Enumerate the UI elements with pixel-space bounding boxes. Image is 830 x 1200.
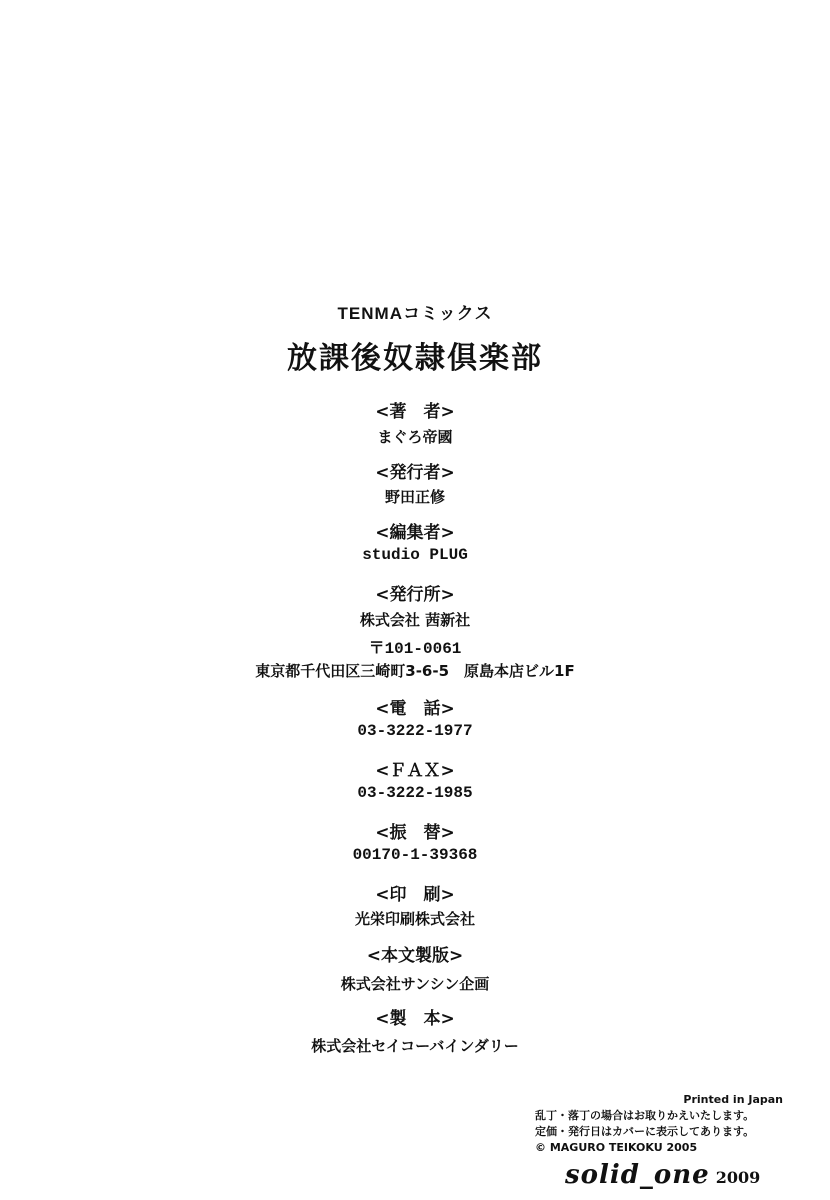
footer-notes: Printed in Japan 乱丁・落丁の場合はお取りかえいたします。 定価… [535,1092,795,1156]
scanner-signature: solid_one2009 [565,1160,760,1190]
signature-name: solid_one [565,1160,710,1190]
plate-making-label: <本文製版> [0,941,830,966]
publisher-person-value: 野田正修 [0,486,830,507]
publisher-company: 株式会社 茜新社 [0,609,830,630]
replacement-notice: 乱丁・落丁の場合はお取りかえいたします。 [535,1108,795,1124]
fax-value: 03-3222-1985 [0,784,830,802]
editor-label: <編集者> [0,518,830,543]
publisher-address: 東京都千代田区三崎町3-6-5 原島本店ビル1F [0,660,830,681]
author-value: まぐろ帝國 [0,426,830,447]
phone-label: <電 話> [0,694,830,719]
publisher-postal-code: 〒101-0061 [0,635,830,658]
printed-in-japan: Printed in Japan [535,1092,795,1108]
binding-value: 株式会社セイコーバインダリー [0,1035,830,1056]
price-notice: 定価・発行日はカバーに表示してあります。 [535,1124,795,1140]
printing-value: 光栄印刷株式会社 [0,908,830,929]
transfer-label: <振 替> [0,818,830,843]
binding-label: <製 本> [0,1004,830,1029]
printing-label: <印 刷> [0,880,830,905]
publisher-person-label: <発行者> [0,458,830,483]
series-name: TENMAコミックス [0,299,830,324]
signature-year: 2009 [716,1168,761,1187]
publisher-label: <発行所> [0,580,830,605]
author-label: <著 者> [0,397,830,422]
book-title: 放課後奴隷倶楽部 [0,333,830,377]
plate-making-value: 株式会社サンシン企画 [0,973,830,994]
copyright: © MAGURO TEIKOKU 2005 [535,1140,795,1156]
editor-value: studio PLUG [0,546,830,564]
fax-label: <ＦＡＸ> [0,756,830,781]
transfer-value: 00170-1-39368 [0,846,830,864]
phone-value: 03-3222-1977 [0,722,830,740]
